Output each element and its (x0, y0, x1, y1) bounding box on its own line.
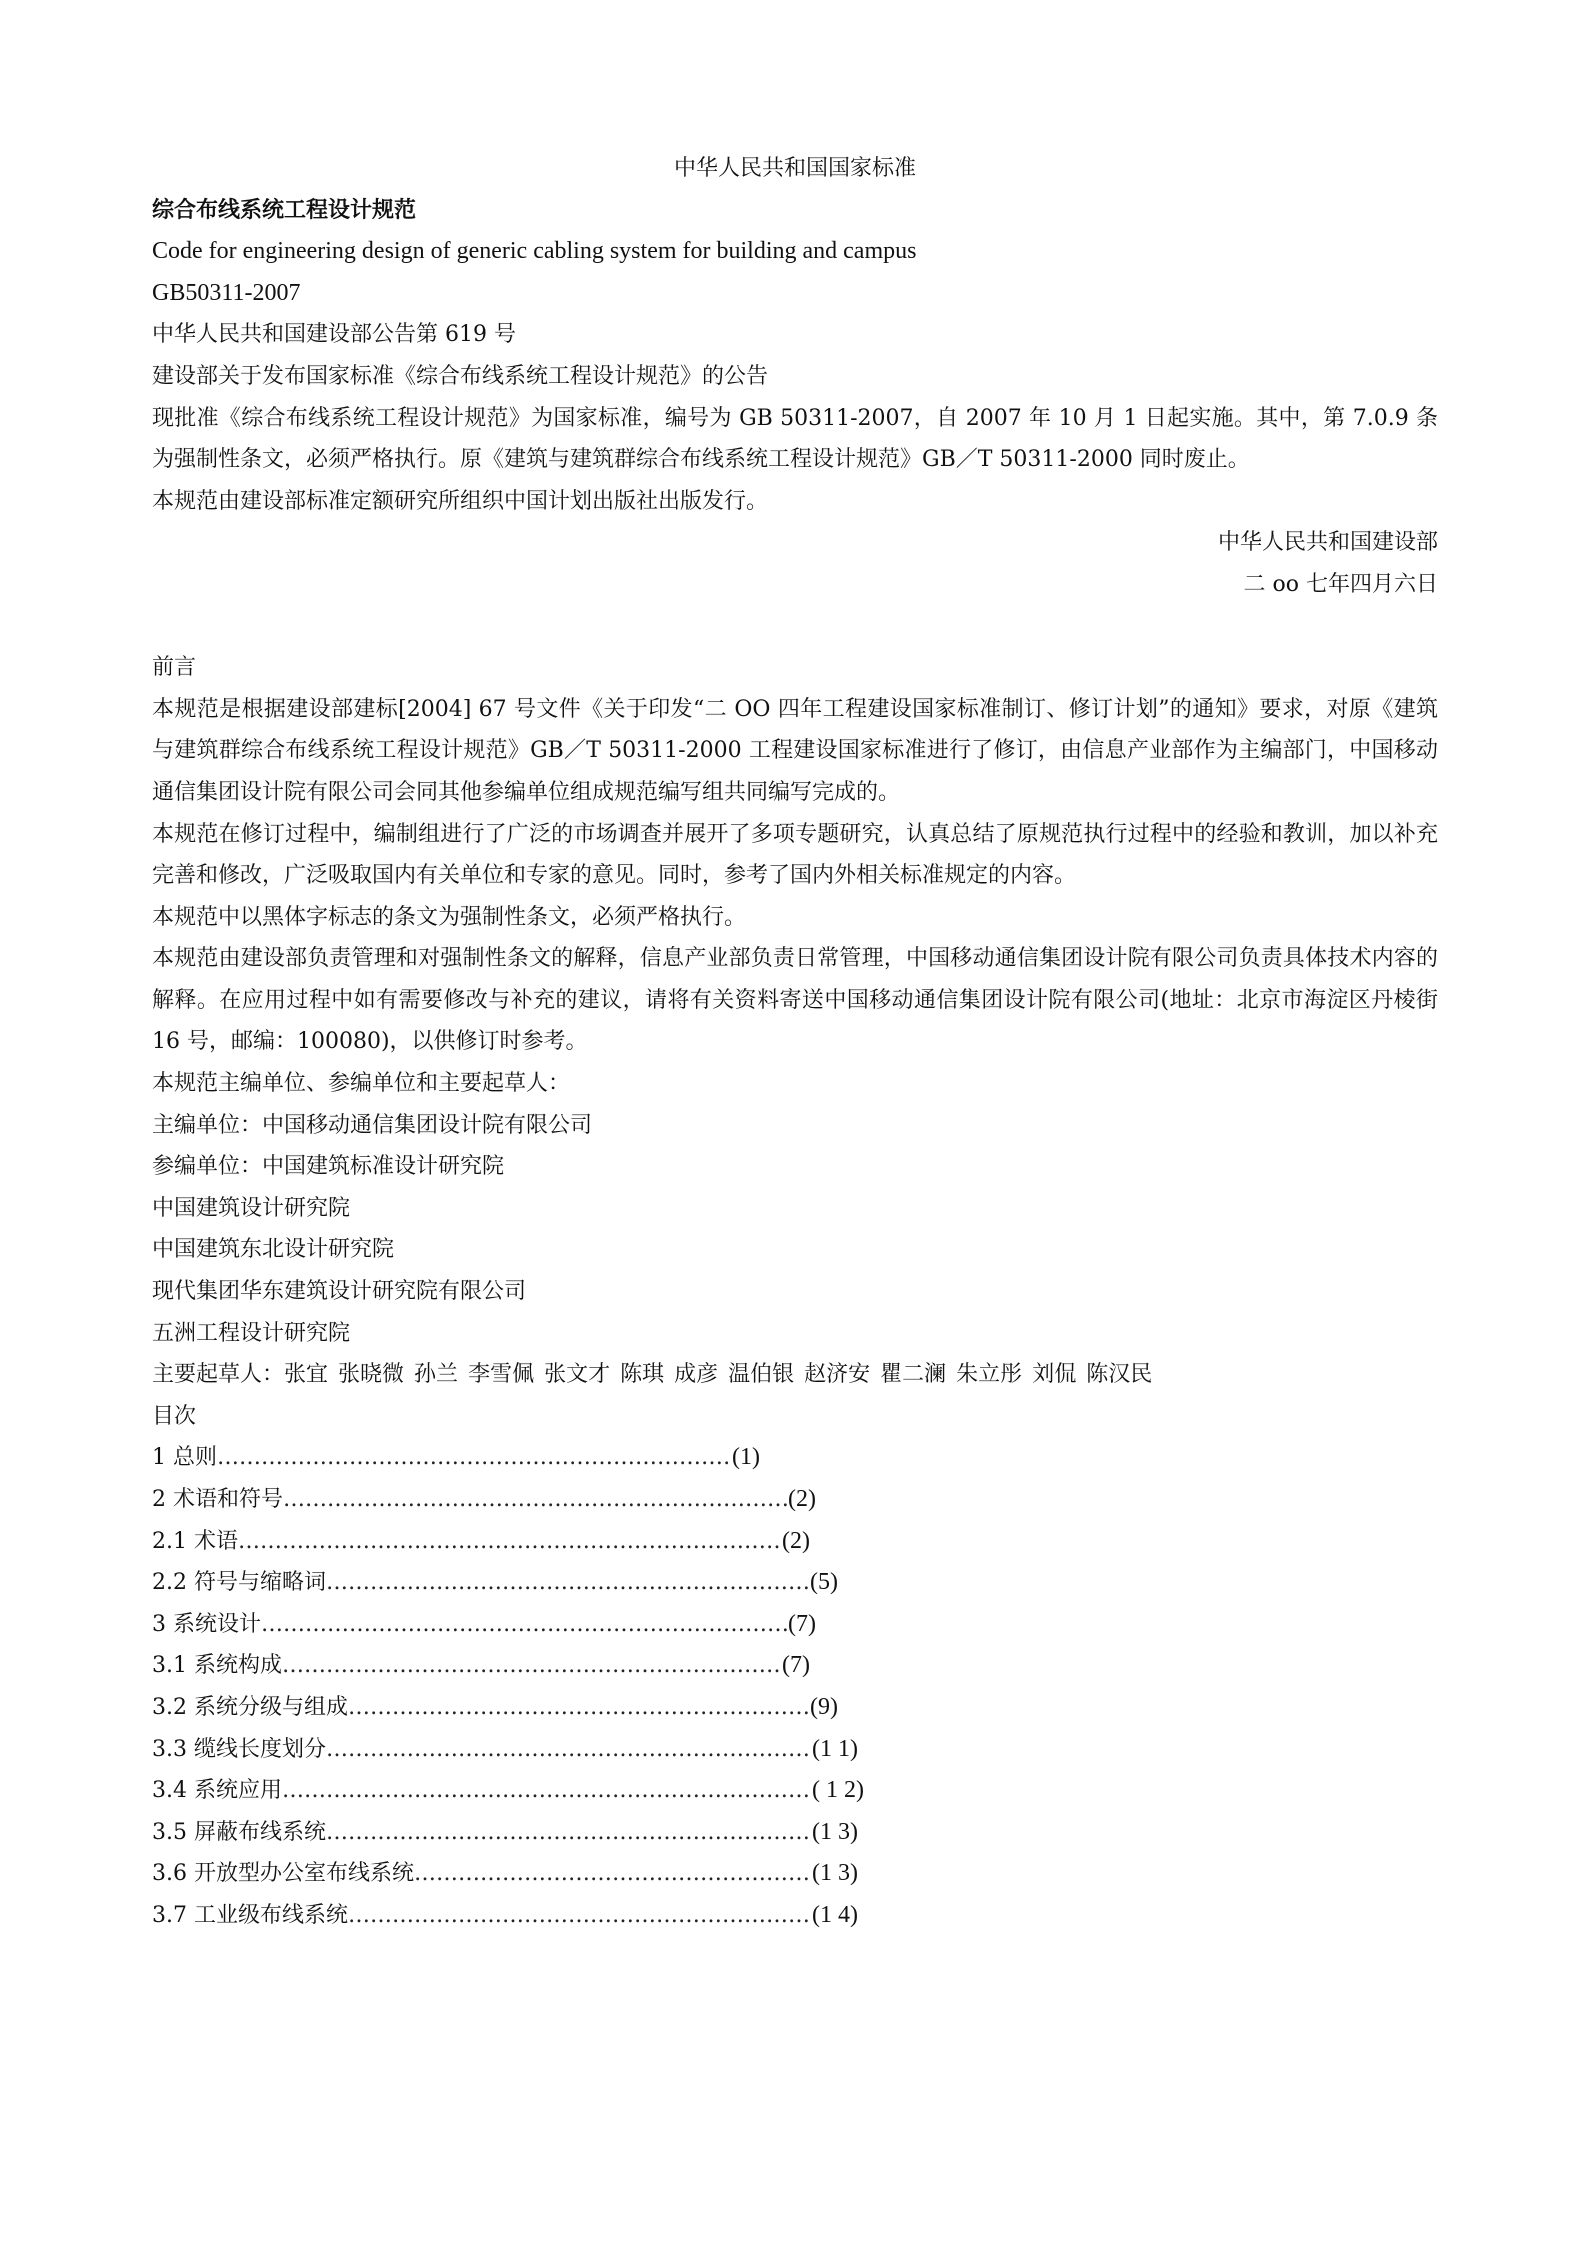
toc-entry[interactable]: 3.1 系统构成 …………………………………………………………………………………… (152, 1645, 810, 1687)
announcement-heading: 建设部关于发布国家标准《综合布线系统工程设计规范》的公告 (152, 356, 1438, 398)
participating-units-label: 参编单位：中国建筑标准设计研究院 (152, 1146, 1438, 1188)
toc-entry-title: 3.4 系统应用 (152, 1770, 282, 1812)
foreword-paragraph: 本规范在修订过程中，编制组进行了广泛的市场调查并展开了多项专题研究，认真总结了原… (152, 814, 1438, 897)
participating-unit: 中国建筑东北设计研究院 (152, 1229, 1438, 1271)
toc-leader-dots: …………………………………………………………………………………………… (282, 1645, 782, 1687)
announcement-date: 二 oo 七年四月六日 (152, 564, 1438, 606)
participating-unit: 五洲工程设计研究院 (152, 1313, 1438, 1355)
toc-entry-page: (1 4) (812, 1895, 858, 1937)
drafters-label: 主要起草人： (152, 1362, 284, 1387)
toc-entry-page: (1 1) (812, 1729, 858, 1771)
drafter-name: 孙兰 (414, 1362, 458, 1387)
toc-entry-page: (7) (782, 1645, 810, 1687)
toc-leader-dots: …………………………………………………………………………………………… (348, 1687, 810, 1729)
toc-entry[interactable]: 1 总则 ……………………………………………………………………………………………… (152, 1437, 760, 1479)
drafters-line: 主要起草人：张宜张晓微孙兰李雪佩张文才陈琪成彦温伯银赵济安瞿二澜朱立彤刘侃陈汉民 (152, 1354, 1438, 1396)
document-page: 中华人民共和国国家标准 综合布线系统工程设计规范 Code for engine… (152, 148, 1438, 1937)
toc-leader-dots: …………………………………………………………………………………………… (414, 1853, 812, 1895)
standard-type: 中华人民共和国国家标准 (152, 148, 1438, 190)
toc-entry[interactable]: 2.1 术语 ………………………………………………………………………………………… (152, 1521, 810, 1563)
section-gap (152, 606, 1438, 648)
toc-entry-page: (9) (810, 1687, 838, 1729)
drafter-name: 李雪佩 (468, 1362, 534, 1387)
chief-unit: 主编单位：中国移动通信集团设计院有限公司 (152, 1105, 1438, 1147)
toc-entry-page: (1 3) (812, 1812, 858, 1854)
drafter-name: 朱立彤 (956, 1362, 1022, 1387)
drafter-name: 陈汉民 (1086, 1362, 1152, 1387)
toc-leader-dots: …………………………………………………………………………………………… (326, 1812, 812, 1854)
toc-leader-dots: …………………………………………………………………………………………… (282, 1770, 812, 1812)
announcement-body: 现批准《综合布线系统工程设计规范》为国家标准，编号为 GB 50311-2007… (152, 398, 1438, 481)
toc-leader-dots: …………………………………………………………………………………………… (326, 1729, 812, 1771)
toc-entry[interactable]: 2.2 符号与缩略词 ……………………………………………………………………………… (152, 1562, 838, 1604)
toc-entry[interactable]: 3.6 开放型办公室布线系统 …………………………………………………………………… (152, 1853, 858, 1895)
toc-entry-title: 3.7 工业级布线系统 (152, 1895, 348, 1937)
toc-leader-dots: …………………………………………………………………………………………… (261, 1604, 788, 1646)
toc-entry-page: (5) (810, 1562, 838, 1604)
toc-entry-page: (1) (732, 1437, 760, 1479)
drafter-name: 张文才 (544, 1362, 610, 1387)
table-of-contents: 1 总则 ……………………………………………………………………………………………… (152, 1437, 1438, 1936)
announcement-issuer: 中华人民共和国建设部 (152, 522, 1438, 564)
toc-leader-dots: …………………………………………………………………………………………… (326, 1562, 810, 1604)
toc-entry[interactable]: 3 系统设计 ………………………………………………………………………………………… (152, 1604, 816, 1646)
toc-entry[interactable]: 3.5 屏蔽布线系统 ……………………………………………………………………………… (152, 1812, 858, 1854)
toc-entry-title: 3 系统设计 (152, 1604, 261, 1646)
document-title-en: Code for engineering design of generic c… (152, 231, 1438, 273)
foreword-heading: 前言 (152, 647, 1438, 689)
toc-leader-dots: …………………………………………………………………………………………… (217, 1437, 732, 1479)
toc-entry-title: 2 术语和符号 (152, 1479, 283, 1521)
toc-heading: 目次 (152, 1396, 1438, 1438)
toc-entry-title: 3.6 开放型办公室布线系统 (152, 1853, 414, 1895)
participating-unit: 中国建筑设计研究院 (152, 1188, 1438, 1230)
toc-entry-page: (2) (788, 1479, 816, 1521)
toc-entry-title: 3.3 缆线长度划分 (152, 1729, 326, 1771)
foreword-paragraph: 本规范是根据建设部建标[2004] 67 号文件《关于印发“二 OO 四年工程建… (152, 689, 1438, 814)
toc-entry-title: 2.1 术语 (152, 1521, 238, 1563)
standard-code: GB50311-2007 (152, 273, 1438, 315)
drafter-name: 张晓微 (338, 1362, 404, 1387)
toc-entry-title: 3.1 系统构成 (152, 1645, 282, 1687)
toc-entry-page: (7) (788, 1604, 816, 1646)
contributors-intro: 本规范主编单位、参编单位和主要起草人： (152, 1063, 1438, 1105)
drafter-name: 刘侃 (1032, 1362, 1076, 1387)
drafter-name: 张宜 (284, 1362, 328, 1387)
announcement-number: 中华人民共和国建设部公告第 619 号 (152, 314, 1438, 356)
toc-entry-title: 1 总则 (152, 1437, 217, 1479)
toc-entry[interactable]: 2 术语和符号 ……………………………………………………………………………………… (152, 1479, 816, 1521)
toc-entry-page: (2) (782, 1521, 810, 1563)
toc-leader-dots: …………………………………………………………………………………………… (348, 1895, 812, 1937)
drafter-name: 温伯银 (728, 1362, 794, 1387)
toc-entry-page: ( 1 2) (812, 1770, 864, 1812)
drafter-name: 成彦 (674, 1362, 718, 1387)
foreword-paragraph: 本规范由建设部负责管理和对强制性条文的解释，信息产业部负责日常管理，中国移动通信… (152, 938, 1438, 1063)
toc-entry-title: 3.5 屏蔽布线系统 (152, 1812, 326, 1854)
participating-unit: 现代集团华东建筑设计研究院有限公司 (152, 1271, 1438, 1313)
toc-entry-title: 2.2 符号与缩略词 (152, 1562, 326, 1604)
drafter-name: 陈琪 (620, 1362, 664, 1387)
document-title-zh: 综合布线系统工程设计规范 (152, 190, 1438, 232)
toc-entry-page: (1 3) (812, 1853, 858, 1895)
toc-leader-dots: …………………………………………………………………………………………… (238, 1521, 782, 1563)
drafter-name: 赵济安 (804, 1362, 870, 1387)
toc-entry[interactable]: 3.3 缆线长度划分 ……………………………………………………………………………… (152, 1729, 858, 1771)
toc-entry[interactable]: 3.2 系统分级与组成 …………………………………………………………………………… (152, 1687, 838, 1729)
toc-entry[interactable]: 3.4 系统应用 …………………………………………………………………………………… (152, 1770, 864, 1812)
foreword-paragraph: 本规范中以黑体字标志的条文为强制性条文，必须严格执行。 (152, 897, 1438, 939)
drafter-name: 瞿二澜 (880, 1362, 946, 1387)
toc-entry[interactable]: 3.7 工业级布线系统 …………………………………………………………………………… (152, 1895, 858, 1937)
announcement-publisher: 本规范由建设部标准定额研究所组织中国计划出版社出版发行。 (152, 481, 1438, 523)
toc-leader-dots: …………………………………………………………………………………………… (283, 1479, 788, 1521)
toc-entry-title: 3.2 系统分级与组成 (152, 1687, 348, 1729)
